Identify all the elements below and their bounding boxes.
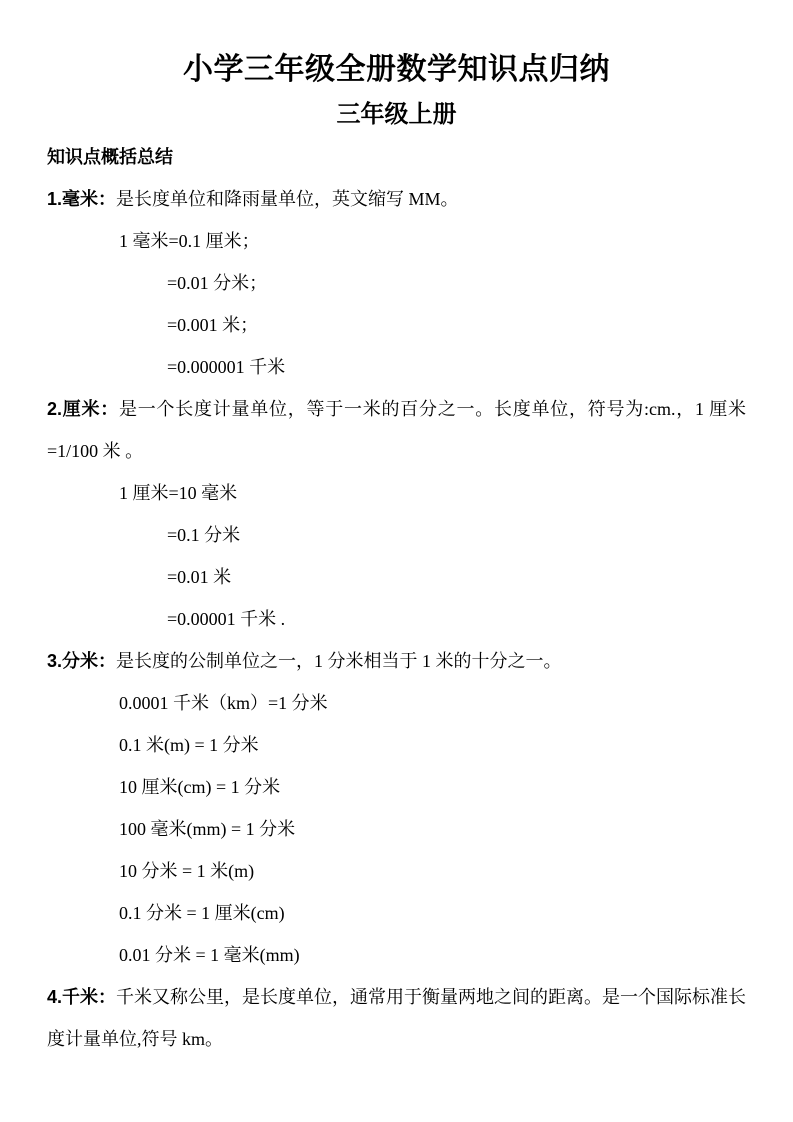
paragraph-centimeter: 2.厘米：是一个长度计量单位，等于一米的百分之一。长度单位，符号为:cm.，1 … bbox=[47, 388, 746, 472]
formula-line: =0.01 米 bbox=[47, 556, 746, 598]
term-label-millimeter: 1.毫米： bbox=[47, 189, 116, 209]
document-page: 小学三年级全册数学知识点归纳 三年级上册 知识点概括总结 1.毫米：是长度单位和… bbox=[0, 0, 793, 1122]
formula-line: 0.01 分米 = 1 毫米(mm) bbox=[47, 934, 746, 976]
definition-text: 千米又称公里，是长度单位，通常用于衡量两地之间的距离。是一个国际标准长度计量单位… bbox=[47, 987, 746, 1049]
formula-line: 100 毫米(mm) = 1 分米 bbox=[47, 808, 746, 850]
document-title: 小学三年级全册数学知识点归纳 bbox=[47, 46, 746, 94]
term-label-kilometer: 4.千米： bbox=[47, 987, 116, 1007]
formula-line: =0.001 米； bbox=[47, 304, 746, 346]
term-label-decimeter: 3.分米： bbox=[47, 651, 116, 671]
document-subtitle: 三年级上册 bbox=[47, 94, 746, 136]
definition-text: 是一个长度计量单位，等于一米的百分之一。长度单位，符号为:cm.，1 厘米 =1… bbox=[47, 399, 746, 461]
paragraph-millimeter: 1.毫米：是长度单位和降雨量单位，英文缩写 MM。 bbox=[47, 178, 746, 220]
term-label-centimeter: 2.厘米： bbox=[47, 399, 119, 419]
section-heading: 知识点概括总结 bbox=[47, 136, 746, 178]
formula-line: 1 厘米=10 毫米 bbox=[47, 472, 746, 514]
formula-line: 0.0001 千米（km）=1 分米 bbox=[47, 682, 746, 724]
formula-line: =0.00001 千米 . bbox=[47, 598, 746, 640]
formula-line: 0.1 分米 = 1 厘米(cm) bbox=[47, 892, 746, 934]
formula-line: =0.1 分米 bbox=[47, 514, 746, 556]
definition-text: 是长度的公制单位之一，1 分米相当于 1 米的十分之一。 bbox=[116, 651, 562, 671]
formula-line: 0.1 米(m) = 1 分米 bbox=[47, 724, 746, 766]
paragraph-kilometer: 4.千米：千米又称公里，是长度单位，通常用于衡量两地之间的距离。是一个国际标准长… bbox=[47, 976, 746, 1060]
formula-line: 10 厘米(cm) = 1 分米 bbox=[47, 766, 746, 808]
formula-line: 1 毫米=0.1 厘米； bbox=[47, 220, 746, 262]
paragraph-decimeter: 3.分米：是长度的公制单位之一，1 分米相当于 1 米的十分之一。 bbox=[47, 640, 746, 682]
definition-text: 是长度单位和降雨量单位，英文缩写 MM。 bbox=[116, 189, 459, 209]
formula-line: =0.01 分米； bbox=[47, 262, 746, 304]
formula-line: 10 分米 = 1 米(m) bbox=[47, 850, 746, 892]
formula-line: =0.000001 千米 bbox=[47, 346, 746, 388]
